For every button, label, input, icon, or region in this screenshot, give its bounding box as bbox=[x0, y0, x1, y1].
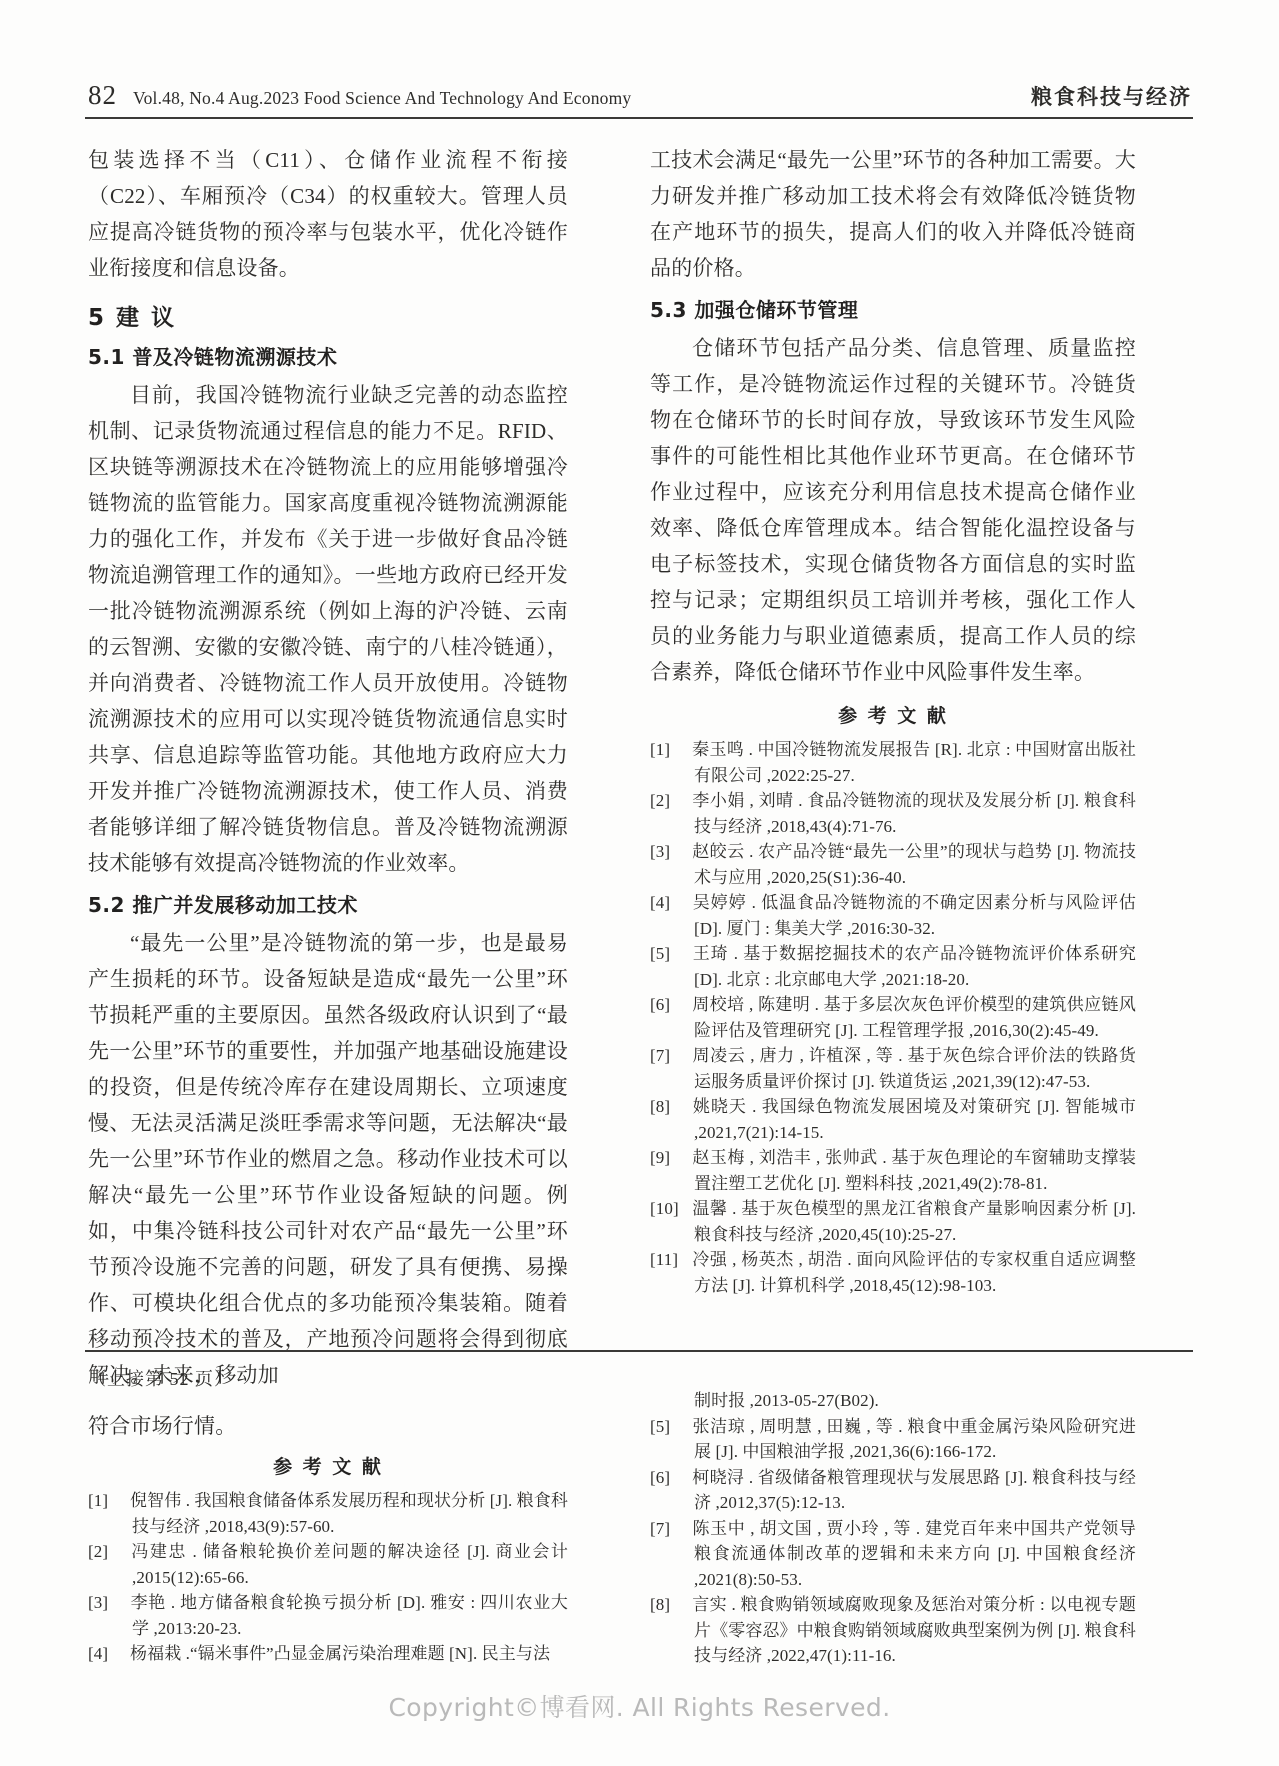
reference-text: 杨福栽 .“镉米事件”凸显金属污染治理难题 [N]. 民主与法 bbox=[130, 1644, 550, 1663]
reference-item: [6]周校培 , 陈建明 . 基于多层次灰色评价模型的建筑供应链风险评估及管理研… bbox=[650, 992, 1136, 1043]
continuation-left-column: （上接第 52 页） 符合市场行情。 参 考 文 献 [1]倪智伟 . 我国粮食… bbox=[88, 1366, 568, 1669]
references-list: [1]秦玉鸣 . 中国冷链物流发展报告 [R]. 北京 : 中国财富出版社有限公… bbox=[650, 737, 1136, 1298]
reference-item: [7]陈玉中 , 胡文国 , 贾小玲 , 等 . 建党百年来中国共产党领导粮食流… bbox=[650, 1516, 1136, 1593]
section-5-heading: 5 建 议 bbox=[88, 299, 568, 332]
paragraph-traceability: 目前，我国冷链物流行业缺乏完善的动态监控机制、记录货物流通过程信息的能力不足。R… bbox=[88, 377, 568, 881]
reference-text: 柯晓浔 . 省级储备粮管理现状与发展思路 [J]. 粮食科技与经济 ,2012,… bbox=[692, 1468, 1136, 1513]
reference-item: [4]杨福栽 .“镉米事件”凸显金属污染治理难题 [N]. 民主与法 bbox=[88, 1641, 568, 1667]
reference-text: 李艳 . 地方储备粮食轮换亏损分析 [D]. 雅安 : 四川农业大学 ,2013… bbox=[130, 1593, 568, 1638]
article-body: 包装选择不当（C11）、仓储作业流程不衔接（C22）、车厢预冷（C34）的权重较… bbox=[88, 142, 1136, 1393]
reference-text: 秦玉鸣 . 中国冷链物流发展报告 [R]. 北京 : 中国财富出版社有限公司 ,… bbox=[692, 740, 1136, 785]
reference-label: [4] bbox=[650, 890, 684, 916]
journal-title-chinese: 粮食科技与经济 bbox=[1031, 81, 1192, 111]
reference-text: 周校培 , 陈建明 . 基于多层次灰色评价模型的建筑供应链风险评估及管理研究 [… bbox=[692, 995, 1136, 1040]
reference-item: [1]秦玉鸣 . 中国冷链物流发展报告 [R]. 北京 : 中国财富出版社有限公… bbox=[650, 737, 1136, 788]
continuation-references-left: [1]倪智伟 . 我国粮食储备体系发展历程和现状分析 [J]. 粮食科技与经济 … bbox=[88, 1488, 568, 1667]
reference-label: [11] bbox=[650, 1247, 684, 1273]
reference-label: [2] bbox=[88, 1539, 122, 1565]
reference-label: [6] bbox=[650, 1465, 684, 1491]
reference-item: [5]张洁琼 , 周明慧 , 田巍 , 等 . 粮食中重金属污染风险研究进展 [… bbox=[650, 1414, 1136, 1465]
section-5-3-heading: 5.3 加强仓储环节管理 bbox=[650, 294, 1136, 323]
reference-label: [8] bbox=[650, 1592, 684, 1618]
reference-continuation-line: 制时报 ,2013-05-27(B02). bbox=[650, 1388, 1136, 1414]
reference-item: [1]倪智伟 . 我国粮食储备体系发展历程和现状分析 [J]. 粮食科技与经济 … bbox=[88, 1488, 568, 1539]
reference-label: [4] bbox=[88, 1641, 122, 1667]
reference-label: [1] bbox=[650, 737, 684, 763]
reference-text: 温馨 . 基于灰色模型的黑龙江省粮食产量影响因素分析 [J]. 粮食科技与经济 … bbox=[692, 1199, 1136, 1244]
journal-page: 82 Vol.48, No.4 Aug.2023 Food Science An… bbox=[0, 0, 1279, 1766]
reference-item: [2]李小娟 , 刘晴 . 食品冷链物流的现状及发展分析 [J]. 粮食科技与经… bbox=[650, 788, 1136, 839]
reference-label: [2] bbox=[650, 788, 684, 814]
continued-from-note: （上接第 52 页） bbox=[88, 1366, 568, 1392]
paragraph-market-conditions: 符合市场行情。 bbox=[88, 1408, 568, 1444]
reference-item: [8]姚晓天 . 我国绿色物流发展困境及对策研究 [J]. 智能城市 ,2021… bbox=[650, 1094, 1136, 1145]
page-header: 82 Vol.48, No.4 Aug.2023 Food Science An… bbox=[88, 80, 1192, 111]
left-column: 包装选择不当（C11）、仓储作业流程不衔接（C22）、车厢预冷（C34）的权重较… bbox=[88, 142, 568, 1393]
reference-text: 言实 . 粮食购销领域腐败现象及惩治对策分析 : 以电视专题片《零容忍》中粮食购… bbox=[692, 1595, 1136, 1665]
right-column: 工技术会满足“最先一公里”环节的各种加工需要。大力研发并推广移动加工技术将会有效… bbox=[650, 142, 1136, 1393]
reference-text: 姚晓天 . 我国绿色物流发展困境及对策研究 [J]. 智能城市 ,2021,7(… bbox=[692, 1097, 1136, 1142]
paragraph-mobile-processing-continued: 工技术会满足“最先一公里”环节的各种加工需要。大力研发并推广移动加工技术将会有效… bbox=[650, 142, 1136, 286]
reference-text: 王琦 . 基于数据挖掘技术的农产品冷链物流评价体系研究 [D]. 北京 : 北京… bbox=[692, 944, 1136, 989]
header-rule bbox=[85, 117, 1193, 119]
continuation-references-right: [5]张洁琼 , 周明慧 , 田巍 , 等 . 粮食中重金属污染风险研究进展 [… bbox=[650, 1414, 1136, 1669]
reference-item: [3]赵皎云 . 农产品冷链“最先一公里”的现状与趋势 [J]. 物流技术与应用… bbox=[650, 839, 1136, 890]
reference-label: [5] bbox=[650, 1414, 684, 1440]
reference-text: 倪智伟 . 我国粮食储备体系发展历程和现状分析 [J]. 粮食科技与经济 ,20… bbox=[130, 1491, 568, 1536]
continuation-section: （上接第 52 页） 符合市场行情。 参 考 文 献 [1]倪智伟 . 我国粮食… bbox=[88, 1366, 1136, 1669]
continuation-divider bbox=[85, 1350, 1193, 1352]
reference-label: [3] bbox=[650, 839, 684, 865]
reference-text: 冷强 , 杨英杰 , 胡浩 . 面向风险评估的专家权重自适应调整方法 [J]. … bbox=[692, 1250, 1136, 1295]
reference-item: [4]吴婷婷 . 低温食品冷链物流的不确定因素分析与风险评估 [D]. 厦门 :… bbox=[650, 890, 1136, 941]
reference-item: [3]李艳 . 地方储备粮食轮换亏损分析 [D]. 雅安 : 四川农业大学 ,2… bbox=[88, 1590, 568, 1641]
reference-label: [6] bbox=[650, 992, 684, 1018]
reference-text: 周凌云 , 唐力 , 许植深 , 等 . 基于灰色综合评价法的铁路货运服务质量评… bbox=[692, 1046, 1136, 1091]
reference-item: [10]温馨 . 基于灰色模型的黑龙江省粮食产量影响因素分析 [J]. 粮食科技… bbox=[650, 1196, 1136, 1247]
journal-title-english: Vol.48, No.4 Aug.2023 Food Science And T… bbox=[133, 88, 631, 109]
reference-item: [11]冷强 , 杨英杰 , 胡浩 . 面向风险评估的专家权重自适应调整方法 [… bbox=[650, 1247, 1136, 1298]
paragraph-mobile-processing: “最先一公里”是冷链物流的第一步，也是最易产生损耗的环节。设备短缺是造成“最先一… bbox=[88, 925, 568, 1393]
reference-label: [9] bbox=[650, 1145, 684, 1171]
reference-text: 陈玉中 , 胡文国 , 贾小玲 , 等 . 建党百年来中国共产党领导粮食流通体制… bbox=[692, 1519, 1136, 1589]
footer-copyright: Copyright©博看网. All Rights Reserved. bbox=[0, 1688, 1279, 1724]
reference-label: [5] bbox=[650, 941, 684, 967]
reference-label: [3] bbox=[88, 1590, 122, 1616]
references-heading: 参 考 文 献 bbox=[650, 701, 1136, 728]
reference-item: [7]周凌云 , 唐力 , 许植深 , 等 . 基于灰色综合评价法的铁路货运服务… bbox=[650, 1043, 1136, 1094]
references-heading-continuation: 参 考 文 献 bbox=[88, 1452, 568, 1479]
reference-text: 吴婷婷 . 低温食品冷链物流的不确定因素分析与风险评估 [D]. 厦门 : 集美… bbox=[692, 893, 1136, 938]
section-5-2-heading: 5.2 推广并发展移动加工技术 bbox=[88, 889, 568, 918]
reference-label: [10] bbox=[650, 1196, 684, 1222]
section-5-1-heading: 5.1 普及冷链物流溯源技术 bbox=[88, 341, 568, 370]
header-left: 82 Vol.48, No.4 Aug.2023 Food Science An… bbox=[88, 80, 631, 111]
reference-item: [8]言实 . 粮食购销领域腐败现象及惩治对策分析 : 以电视专题片《零容忍》中… bbox=[650, 1592, 1136, 1669]
reference-item: [5]王琦 . 基于数据挖掘技术的农产品冷链物流评价体系研究 [D]. 北京 :… bbox=[650, 941, 1136, 992]
reference-label: [7] bbox=[650, 1516, 684, 1542]
paragraph-weights-conclusion: 包装选择不当（C11）、仓储作业流程不衔接（C22）、车厢预冷（C34）的权重较… bbox=[88, 142, 568, 286]
reference-text: 赵皎云 . 农产品冷链“最先一公里”的现状与趋势 [J]. 物流技术与应用 ,2… bbox=[692, 842, 1136, 887]
reference-item: [2]冯建忠 . 储备粮轮换价差问题的解决途径 [J]. 商业会计 ,2015(… bbox=[88, 1539, 568, 1590]
page-number: 82 bbox=[88, 80, 117, 111]
continuation-right-column: 制时报 ,2013-05-27(B02). [5]张洁琼 , 周明慧 , 田巍 … bbox=[650, 1366, 1136, 1669]
reference-text: 冯建忠 . 储备粮轮换价差问题的解决途径 [J]. 商业会计 ,2015(12)… bbox=[130, 1542, 568, 1587]
reference-label: [7] bbox=[650, 1043, 684, 1069]
reference-item: [9]赵玉梅 , 刘浩丰 , 张帅武 . 基于灰色理论的车窗辅助支撑装置注塑工艺… bbox=[650, 1145, 1136, 1196]
reference-label: [1] bbox=[88, 1488, 122, 1514]
reference-label: [8] bbox=[650, 1094, 684, 1120]
reference-text: 赵玉梅 , 刘浩丰 , 张帅武 . 基于灰色理论的车窗辅助支撑装置注塑工艺优化 … bbox=[692, 1148, 1136, 1193]
reference-text: 李小娟 , 刘晴 . 食品冷链物流的现状及发展分析 [J]. 粮食科技与经济 ,… bbox=[692, 791, 1136, 836]
reference-text: 张洁琼 , 周明慧 , 田巍 , 等 . 粮食中重金属污染风险研究进展 [J].… bbox=[692, 1417, 1136, 1462]
paragraph-warehouse-management: 仓储环节包括产品分类、信息管理、质量监控等工作，是冷链物流运作过程的关键环节。冷… bbox=[650, 330, 1136, 690]
reference-item: [6]柯晓浔 . 省级储备粮管理现状与发展思路 [J]. 粮食科技与经济 ,20… bbox=[650, 1465, 1136, 1516]
